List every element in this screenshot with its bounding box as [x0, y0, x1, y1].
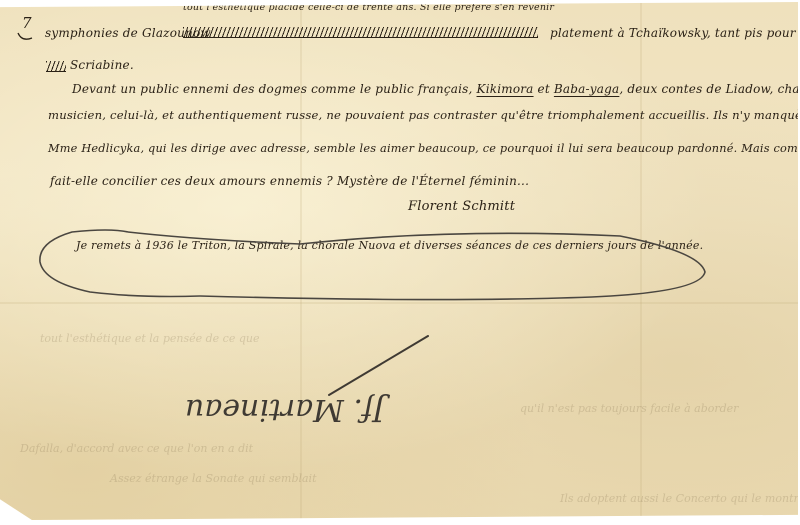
bleed-through-text: Ils adoptent aussi le Concerto qui le mo… — [560, 492, 800, 505]
author-signature: Florent Schmitt — [408, 199, 515, 214]
page-number: 7 — [22, 14, 32, 32]
manuscript-line-4: musicien, celui-là, et authentiquement r… — [48, 108, 800, 122]
bleed-through-text: qu'il n'est pas toujours facile à aborde… — [520, 402, 738, 415]
manuscript-line-1-continued: platement à Tchaïkowsky, tant pis pour — [550, 26, 796, 40]
paper-fold-line — [300, 2, 302, 520]
struck-out-word — [46, 61, 66, 72]
interlinear-insertion: tout l'esthétique placide celle-ci de tr… — [183, 2, 554, 13]
manuscript-line-6: fait-elle concilier ces deux amours enne… — [50, 174, 529, 188]
manuscript-line-2: Scriabine. — [70, 58, 134, 72]
manuscript-line-3: Devant un public ennemi des dogmes comme… — [72, 82, 800, 96]
underlined-title-kikimora: Kikimora — [477, 82, 534, 96]
struck-out-passage — [183, 27, 538, 38]
bleed-through-text: tout l'esthétique et la pensée de ce que — [40, 332, 259, 345]
circled-editorial-note: Je remets à 1936 le Triton, la Spirale, … — [76, 239, 703, 252]
manuscript-page: tout l'esthétique et la pensée de ce que… — [0, 2, 798, 520]
manuscript-line-5: Mme Hedlicyka, qui les dirige avec adres… — [48, 142, 800, 155]
paper-fold-line — [640, 2, 642, 520]
underlined-title-baba-yaga: Baba-yaga — [554, 82, 619, 96]
bleed-through-text: Dafalla, d'accord avec ce que l'on en a … — [20, 442, 253, 455]
bleed-through-text: Assez étrange la Sonate qui semblait — [110, 472, 317, 485]
paper-fold-line — [0, 302, 798, 304]
